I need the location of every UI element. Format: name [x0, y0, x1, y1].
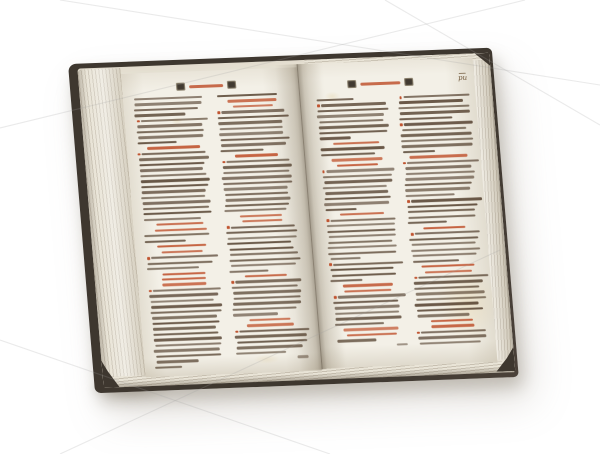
text-line: [329, 261, 401, 266]
text-line: [335, 321, 406, 326]
text-line: [137, 123, 207, 128]
text-line: [401, 137, 473, 142]
text-line: [325, 190, 395, 195]
text-line: [331, 288, 403, 293]
text-line: [227, 218, 298, 223]
text-line: [405, 181, 477, 186]
text-line: [412, 252, 482, 257]
text-column-D: [397, 94, 490, 348]
text-line: [333, 299, 405, 304]
text-line: [412, 263, 483, 268]
text-line: [405, 170, 476, 175]
rubric-initial: [333, 296, 336, 299]
text-line: [141, 178, 212, 183]
text-line: [138, 150, 210, 155]
text-line: [317, 108, 388, 113]
text-line: [235, 333, 307, 338]
rubric-initial: [399, 96, 402, 99]
text-line: [403, 148, 474, 153]
text-line: [153, 320, 224, 325]
text-line: [414, 280, 485, 285]
text-line: [399, 105, 471, 110]
text-line: [143, 211, 214, 216]
text-line: [237, 339, 308, 344]
text-line: [139, 167, 210, 172]
text-line: [136, 129, 207, 134]
text-line: [230, 251, 301, 256]
text-line: [323, 184, 395, 189]
ornament-stamp-icon: [227, 81, 237, 89]
text-line: [146, 243, 217, 248]
text-line: [400, 110, 471, 115]
rubric-initial: [407, 200, 410, 203]
photo-background: ри: [0, 0, 600, 454]
text-line: [416, 318, 488, 323]
text-line: [144, 222, 216, 227]
text-line: [139, 161, 211, 166]
text-line: [332, 272, 402, 277]
text-line: [225, 208, 297, 213]
rubric-initial: [147, 257, 150, 260]
rubric-initial: [411, 233, 414, 236]
text-line: [413, 269, 484, 274]
text-line: [147, 265, 219, 270]
text-line: [225, 213, 297, 218]
text-line: [218, 120, 289, 125]
text-line: [235, 322, 306, 327]
rubric-initial: [149, 290, 152, 293]
text-line: [221, 142, 291, 147]
text-line: [237, 350, 309, 355]
text-line: [236, 328, 307, 333]
text-line: [223, 180, 295, 185]
rubric-title-text: [360, 81, 400, 86]
text-line: [227, 224, 298, 229]
rubric-initial: [222, 161, 225, 164]
text-line: [408, 219, 480, 224]
text-line: [217, 93, 287, 98]
text-line: [232, 306, 304, 311]
text-line: [319, 130, 390, 135]
text-line: [335, 327, 406, 332]
text-line: [219, 125, 289, 130]
text-line: [333, 294, 403, 299]
text-line: [156, 353, 226, 358]
text-line: [331, 266, 402, 271]
text-line: [134, 101, 206, 106]
text-line: [226, 229, 298, 234]
text-line: [321, 151, 392, 156]
text-line: [232, 284, 303, 289]
text-line: [224, 186, 295, 191]
text-line: [222, 164, 292, 169]
text-line: [402, 126, 472, 131]
text-line: [321, 141, 391, 146]
text-line: [337, 337, 408, 342]
rubric-initial: [138, 153, 141, 156]
text-line: [233, 290, 303, 295]
page-header-right: [320, 77, 441, 90]
text-line: [418, 334, 489, 339]
text-line: [237, 344, 308, 349]
text-line: [227, 235, 298, 240]
text-line: [143, 205, 214, 210]
text-line: [145, 227, 215, 232]
rubric-initial: [327, 219, 330, 222]
text-line: [326, 206, 397, 211]
text-line: [324, 201, 396, 206]
ornament-stamp-icon: [347, 80, 357, 88]
text-line: [330, 255, 401, 260]
text-line: [134, 107, 206, 112]
text-line: [144, 216, 215, 221]
text-line: [415, 291, 486, 296]
text-line: [154, 347, 226, 352]
text-line: [414, 274, 484, 279]
text-line: [409, 236, 481, 241]
text-line: [149, 282, 220, 287]
rubric-initial: [227, 226, 230, 229]
text-line: [220, 136, 290, 141]
text-line: [322, 168, 393, 173]
text-line: [327, 223, 398, 228]
text-line: [142, 189, 213, 194]
text-line: [317, 113, 389, 118]
text-line: [337, 343, 408, 348]
text-line: [138, 134, 208, 139]
text-line: [415, 302, 487, 307]
text-line: [229, 257, 300, 262]
text-line: [329, 234, 399, 239]
text-line: [411, 241, 482, 246]
text-line: [143, 200, 214, 205]
text-line: [408, 214, 479, 219]
text-line: [405, 187, 477, 192]
text-line: [228, 240, 300, 245]
text-line: [337, 332, 407, 337]
text-line: [156, 358, 226, 363]
text-line: [229, 246, 299, 251]
text-line: [324, 179, 395, 184]
text-line: [220, 147, 291, 152]
text-line: [147, 249, 218, 254]
text-line: [335, 310, 405, 315]
text-line: [327, 212, 397, 217]
text-line: [216, 98, 287, 103]
text-line: [416, 296, 487, 301]
text-line: [417, 312, 488, 317]
text-line: [217, 115, 288, 120]
rubric-initial: [414, 276, 417, 279]
manuscript-text-layer: [68, 48, 519, 393]
text-line: [225, 191, 296, 196]
text-line: [151, 304, 222, 309]
text-line: [222, 158, 292, 163]
text-line: [148, 271, 219, 276]
text-line: [141, 183, 212, 188]
text-line: [231, 262, 301, 267]
text-line: [407, 203, 478, 208]
text-line: [140, 172, 212, 177]
text-line: [417, 329, 489, 334]
open-book-photo: ри: [68, 48, 519, 393]
text-line: [149, 287, 221, 292]
text-line: [332, 283, 403, 288]
text-line: [400, 121, 472, 126]
text-line: [151, 309, 223, 314]
text-line: [233, 301, 304, 306]
text-line: [150, 298, 221, 303]
text-line: [403, 159, 475, 164]
text-line: [141, 194, 213, 199]
text-line: [221, 153, 292, 158]
text-line: [233, 295, 303, 300]
page-number: ри: [458, 75, 468, 82]
text-line: [225, 197, 295, 202]
text-line: [139, 156, 210, 161]
text-line: [134, 96, 205, 101]
text-line: [237, 355, 309, 360]
text-line: [329, 239, 400, 244]
text-line: [419, 340, 490, 345]
text-line: [148, 276, 220, 281]
text-column-C: [316, 97, 409, 351]
text-line: [322, 162, 393, 167]
text-line: [222, 175, 294, 180]
rubric-initial: [403, 162, 406, 165]
text-line: [319, 135, 390, 140]
text-line: [316, 97, 387, 102]
rubric-title-text: [189, 84, 223, 88]
text-line: [225, 202, 296, 207]
text-line: [153, 326, 224, 331]
text-line: [234, 317, 305, 322]
text-line: [417, 323, 488, 328]
text-line: [327, 228, 398, 233]
text-line: [329, 250, 401, 255]
text-line: [317, 102, 388, 107]
ornament-stamp-icon: [176, 83, 186, 91]
text-line: [417, 307, 487, 312]
text-line: [154, 336, 225, 341]
text-line: [230, 273, 302, 278]
text-line: [402, 143, 474, 148]
text-line: [401, 132, 473, 137]
text-line: [413, 258, 483, 263]
text-line: [328, 244, 400, 249]
rubric-initial: [236, 330, 239, 333]
text-line: [322, 173, 394, 178]
text-line: [233, 311, 305, 316]
text-line: [155, 364, 227, 369]
text-line: [400, 115, 472, 120]
text-line: [153, 331, 224, 336]
text-line: [406, 192, 478, 197]
text-line: [219, 131, 290, 136]
rubric-initial: [417, 331, 420, 334]
rubric-initial: [400, 123, 403, 126]
text-line: [403, 154, 475, 159]
text-line: [335, 316, 405, 321]
rubric-initial: [329, 263, 332, 266]
text-line: [145, 238, 217, 243]
text-line: [231, 279, 302, 284]
text-line: [152, 315, 224, 320]
rubric-initial: [137, 120, 140, 123]
text-line: [408, 225, 480, 230]
page-header-left: [146, 79, 267, 92]
text-line: [411, 247, 482, 252]
rubric-initial: [317, 105, 320, 108]
text-line: [223, 169, 294, 174]
text-line: [218, 109, 289, 114]
text-column-B: [215, 93, 309, 364]
rubric-initial: [231, 281, 234, 284]
text-line: [325, 195, 396, 200]
text-line: [405, 176, 476, 181]
text-line: [155, 342, 226, 347]
text-line: [399, 99, 470, 104]
text-line: [217, 104, 288, 109]
rubric-initial: [218, 111, 221, 114]
text-line: [321, 157, 392, 162]
text-line: [144, 233, 216, 238]
text-line: [330, 277, 402, 282]
text-line: [408, 209, 479, 214]
text-line: [137, 118, 207, 123]
rubric-initial: [322, 170, 325, 173]
text-line: [327, 217, 398, 222]
text-line: [321, 146, 392, 151]
text-line: [147, 254, 218, 259]
text-line: [407, 198, 478, 203]
text-line: [147, 260, 218, 265]
text-line: [319, 119, 390, 124]
text-line: [319, 124, 390, 129]
text-line: [414, 285, 485, 290]
text-line: [135, 112, 207, 117]
text-line: [334, 305, 404, 310]
text-line: [138, 145, 209, 150]
text-column-A: [133, 96, 227, 372]
text-line: [138, 140, 209, 145]
ornament-stamp-icon: [404, 78, 414, 86]
text-line: [411, 230, 481, 235]
text-line: [405, 165, 475, 170]
text-line: [399, 94, 470, 99]
text-line: [230, 268, 302, 273]
text-line: [149, 293, 221, 298]
